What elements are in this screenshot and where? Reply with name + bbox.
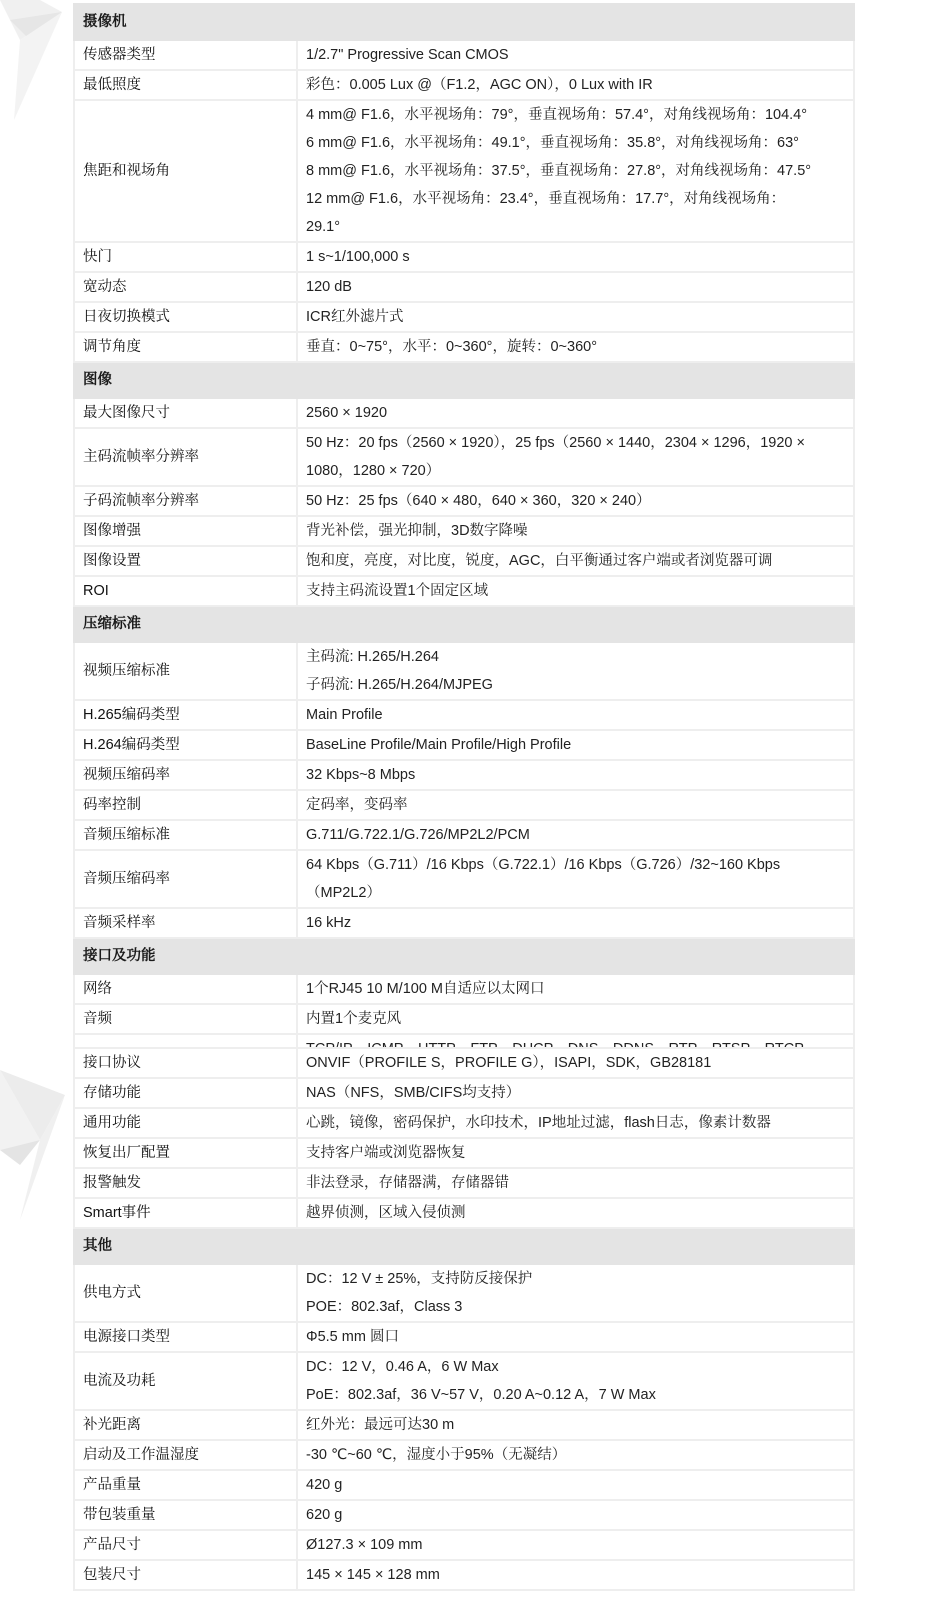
spec-label: 传感器类型 (74, 40, 297, 70)
spec-value-line: 32 Kbps~8 Mbps (306, 761, 845, 789)
spec-label: H.264编码类型 (74, 730, 297, 760)
spec-value-line: 1 s~1/100,000 s (306, 243, 845, 271)
spec-value-line: 64 Kbps（G.711）/16 Kbps（G.722.1）/16 Kbps（… (306, 851, 845, 879)
spec-label: 电流及功耗 (74, 1352, 297, 1410)
spec-label: 供电方式 (74, 1264, 297, 1322)
spec-value-line: Φ5.5 mm 圆口 (306, 1323, 845, 1351)
spec-row: H.265编码类型Main Profile (74, 700, 854, 730)
spec-value-line: 12 mm@ F1.6，水平视场角：23.4°，垂直视场角：17.7°，对角线视… (306, 185, 845, 213)
section-header: 图像 (74, 362, 854, 398)
spec-value: 50 Hz：25 fps（640 × 480，640 × 360，320 × 2… (297, 486, 854, 516)
spec-row: 接口协议ONVIF（PROFILE S，PROFILE G），ISAPI，SDK… (74, 1048, 854, 1078)
spec-value-line: -30 ℃~60 ℃，湿度小于95%（无凝结） (306, 1441, 845, 1469)
spec-row: 宽动态120 dB (74, 272, 854, 302)
spec-label: 接口协议 (74, 1048, 297, 1078)
spec-label: 带包装重量 (74, 1500, 297, 1530)
spec-value-line: 620 g (306, 1501, 845, 1529)
spec-value-line: DC：12 V，0.46 A，6 W Max (306, 1353, 845, 1381)
spec-value-line: 1/2.7" Progressive Scan CMOS (306, 41, 845, 69)
section-header: 压缩标准 (74, 606, 854, 642)
spec-value: 心跳，镜像，密码保护，水印技术，IP地址过滤，flash日志，像素计数器 (297, 1108, 854, 1138)
spec-value-line: （MP2L2） (306, 879, 845, 907)
spec-value-line: 定码率，变码率 (306, 791, 845, 819)
section-title: 压缩标准 (74, 606, 854, 642)
spec-row: 日夜切换模式ICR红外滤片式 (74, 302, 854, 332)
spec-row: 视频压缩码率32 Kbps~8 Mbps (74, 760, 854, 790)
spec-value-line: 非法登录，存储器满，存储器错 (306, 1169, 845, 1197)
spec-value-line: 子码流: H.265/H.264/MJPEG (306, 671, 845, 699)
spec-value-line: 29.1° (306, 213, 845, 241)
spec-value-line: 6 mm@ F1.6，水平视场角：49.1°，垂直视场角：35.8°，对角线视场… (306, 129, 845, 157)
spec-value-line: 主码流: H.265/H.264 (306, 643, 845, 671)
spec-value: 1/2.7" Progressive Scan CMOS (297, 40, 854, 70)
spec-value-line: DC：12 V ± 25%，支持防反接保护 (306, 1265, 845, 1293)
spec-row: 传感器类型1/2.7" Progressive Scan CMOS (74, 40, 854, 70)
spec-label: 调节角度 (74, 332, 297, 362)
spec-value-line: 50 Hz：20 fps（2560 × 1920），25 fps（2560 × … (306, 429, 845, 457)
spec-row: ROI支持主码流设置1个固定区域 (74, 576, 854, 606)
spec-value: 420 g (297, 1470, 854, 1500)
spec-label: 补光距离 (74, 1410, 297, 1440)
section-title: 摄像机 (74, 4, 854, 40)
spec-value: DC：12 V，0.46 A，6 W MaxPoE：802.3af，36 V~5… (297, 1352, 854, 1410)
spec-value: 背光补偿，强光抑制，3D数字降噪 (297, 516, 854, 546)
spec-value-line: 红外光：最远可达30 m (306, 1411, 845, 1439)
spec-label: 网络 (74, 974, 297, 1004)
spec-value-line: 50 Hz：25 fps（640 × 480，640 × 360，320 × 2… (306, 487, 845, 515)
spec-label: 电源接口类型 (74, 1322, 297, 1352)
spec-value-line: POE：802.3af，Class 3 (306, 1293, 845, 1321)
spec-row: 产品尺寸Ø127.3 × 109 mm (74, 1530, 854, 1560)
spec-label: 快门 (74, 242, 297, 272)
spec-value-line: 支持主码流设置1个固定区域 (306, 577, 845, 605)
spec-row: 产品重量420 g (74, 1470, 854, 1500)
spec-value: 非法登录，存储器满，存储器错 (297, 1168, 854, 1198)
spec-label: 音频 (74, 1004, 297, 1034)
spec-label: 产品尺寸 (74, 1530, 297, 1560)
spec-value: 主码流: H.265/H.264子码流: H.265/H.264/MJPEG (297, 642, 854, 700)
spec-label: 日夜切换模式 (74, 302, 297, 332)
spec-value: 1个RJ45 10 M/100 M自适应以太网口 (297, 974, 854, 1004)
spec-label: 视频压缩码率 (74, 760, 297, 790)
spec-value: 64 Kbps（G.711）/16 Kbps（G.722.1）/16 Kbps（… (297, 850, 854, 908)
spec-value-line: 16 kHz (306, 909, 845, 937)
spec-value-line: Ø127.3 × 109 mm (306, 1531, 845, 1559)
spec-row: 调节角度垂直：0~75°，水平：0~360°，旋转：0~360° (74, 332, 854, 362)
section-title: 图像 (74, 362, 854, 398)
spec-value-line: PoE：802.3af，36 V~57 V，0.20 A~0.12 A，7 W … (306, 1381, 845, 1409)
spec-value: 越界侦测，区域入侵侦测 (297, 1198, 854, 1228)
spec-value: NAS（NFS，SMB/CIFS均支持） (297, 1078, 854, 1108)
spec-row: 音频压缩标准G.711/G.722.1/G.726/MP2L2/PCM (74, 820, 854, 850)
spec-row: 音频压缩码率64 Kbps（G.711）/16 Kbps（G.722.1）/16… (74, 850, 854, 908)
spec-value: BaseLine Profile/Main Profile/High Profi… (297, 730, 854, 760)
spec-value: 垂直：0~75°，水平：0~360°，旋转：0~360° (297, 332, 854, 362)
spec-label: ROI (74, 576, 297, 606)
spec-label: 图像增强 (74, 516, 297, 546)
section-header: 其他 (74, 1228, 854, 1264)
spec-row: 子码流帧率分辨率50 Hz：25 fps（640 × 480，640 × 360… (74, 486, 854, 516)
spec-row: 包装尺寸145 × 145 × 128 mm (74, 1560, 854, 1590)
spec-row: H.264编码类型BaseLine Profile/Main Profile/H… (74, 730, 854, 760)
spec-value: Ø127.3 × 109 mm (297, 1530, 854, 1560)
spec-row: 报警触发非法登录，存储器满，存储器错 (74, 1168, 854, 1198)
spec-value-line: 支持客户端或浏览器恢复 (306, 1139, 845, 1167)
spec-value-line: ICR红外滤片式 (306, 303, 845, 331)
spec-label: 视频压缩标准 (74, 642, 297, 700)
spec-row: 主码流帧率分辨率50 Hz：20 fps（2560 × 1920），25 fps… (74, 428, 854, 486)
spec-label: 音频压缩码率 (74, 850, 297, 908)
spec-value-line: 彩色：0.005 Lux @（F1.2，AGC ON），0 Lux with I… (306, 71, 845, 99)
spec-label: 音频采样率 (74, 908, 297, 938)
spec-value-line: 145 × 145 × 128 mm (306, 1561, 845, 1589)
spec-value-line: G.711/G.722.1/G.726/MP2L2/PCM (306, 821, 845, 849)
spec-value: G.711/G.722.1/G.726/MP2L2/PCM (297, 820, 854, 850)
spec-value: 彩色：0.005 Lux @（F1.2，AGC ON），0 Lux with I… (297, 70, 854, 100)
spec-row: 焦距和视场角4 mm@ F1.6，水平视场角：79°，垂直视场角：57.4°，对… (74, 100, 854, 242)
spec-label: 包装尺寸 (74, 1560, 297, 1590)
spec-value: 2560 × 1920 (297, 398, 854, 428)
spec-label: 存储功能 (74, 1078, 297, 1108)
spec-row: 音频内置1个麦克风 (74, 1004, 854, 1034)
spec-row: 启动及工作温湿度-30 ℃~60 ℃，湿度小于95%（无凝结） (74, 1440, 854, 1470)
decorative-shape-top (0, 0, 80, 120)
spec-label: H.265编码类型 (74, 700, 297, 730)
spec-value: ONVIF（PROFILE S，PROFILE G），ISAPI，SDK，GB2… (297, 1048, 854, 1078)
spec-label: 恢复出厂配置 (74, 1138, 297, 1168)
spec-row: 带包装重量620 g (74, 1500, 854, 1530)
spec-value: 50 Hz：20 fps（2560 × 1920），25 fps（2560 × … (297, 428, 854, 486)
spec-label: 最大图像尺寸 (74, 398, 297, 428)
spec-value: Φ5.5 mm 圆口 (297, 1322, 854, 1352)
spec-label: 子码流帧率分辨率 (74, 486, 297, 516)
spec-value: 32 Kbps~8 Mbps (297, 760, 854, 790)
decorative-shape-middle (0, 1040, 80, 1220)
spec-row: 码率控制定码率，变码率 (74, 790, 854, 820)
spec-row: 视频压缩标准主码流: H.265/H.264子码流: H.265/H.264/M… (74, 642, 854, 700)
spec-label: 通用功能 (74, 1108, 297, 1138)
spec-table-part-1: 摄像机传感器类型1/2.7" Progressive Scan CMOS最低照度… (73, 3, 855, 1121)
spec-value-line: 1个RJ45 10 M/100 M自适应以太网口 (306, 975, 845, 1003)
spec-row: 最大图像尺寸2560 × 1920 (74, 398, 854, 428)
spec-value-line: 1080，1280 × 720） (306, 457, 845, 485)
spec-value-line: 背光补偿，强光抑制，3D数字降噪 (306, 517, 845, 545)
spec-value: 145 × 145 × 128 mm (297, 1560, 854, 1590)
spec-value: 内置1个麦克风 (297, 1004, 854, 1034)
spec-label: Smart事件 (74, 1198, 297, 1228)
spec-value-line: 内置1个麦克风 (306, 1005, 845, 1033)
spec-value-line: 垂直：0~75°，水平：0~360°，旋转：0~360° (306, 333, 845, 361)
spec-label: 码率控制 (74, 790, 297, 820)
spec-row: 供电方式DC：12 V ± 25%，支持防反接保护POE：802.3af，Cla… (74, 1264, 854, 1322)
spec-value: DC：12 V ± 25%，支持防反接保护POE：802.3af，Class 3 (297, 1264, 854, 1322)
spec-row: 电流及功耗DC：12 V，0.46 A，6 W MaxPoE：802.3af，3… (74, 1352, 854, 1410)
spec-table-part-2: 接口协议ONVIF（PROFILE S，PROFILE G），ISAPI，SDK… (73, 1047, 855, 1591)
spec-value: 620 g (297, 1500, 854, 1530)
spec-row: 最低照度彩色：0.005 Lux @（F1.2，AGC ON），0 Lux wi… (74, 70, 854, 100)
spec-label: 主码流帧率分辨率 (74, 428, 297, 486)
spec-value: 支持主码流设置1个固定区域 (297, 576, 854, 606)
section-title: 其他 (74, 1228, 854, 1264)
spec-value: 1 s~1/100,000 s (297, 242, 854, 272)
section-header: 摄像机 (74, 4, 854, 40)
spec-row: 快门1 s~1/100,000 s (74, 242, 854, 272)
spec-value-line: 420 g (306, 1471, 845, 1499)
spec-value: 定码率，变码率 (297, 790, 854, 820)
spec-label: 宽动态 (74, 272, 297, 302)
spec-row: 恢复出厂配置支持客户端或浏览器恢复 (74, 1138, 854, 1168)
spec-value-line: NAS（NFS，SMB/CIFS均支持） (306, 1079, 845, 1107)
spec-value: 支持客户端或浏览器恢复 (297, 1138, 854, 1168)
spec-value-line: 120 dB (306, 273, 845, 301)
spec-value-line: 4 mm@ F1.6，水平视场角：79°，垂直视场角：57.4°，对角线视场角：… (306, 101, 845, 129)
spec-row: Smart事件越界侦测，区域入侵侦测 (74, 1198, 854, 1228)
spec-value: 红外光：最远可达30 m (297, 1410, 854, 1440)
spec-value-line: ONVIF（PROFILE S，PROFILE G），ISAPI，SDK，GB2… (306, 1049, 845, 1077)
spec-label: 产品重量 (74, 1470, 297, 1500)
spec-row: 补光距离红外光：最远可达30 m (74, 1410, 854, 1440)
spec-value-line: Main Profile (306, 701, 845, 729)
spec-value-line: 2560 × 1920 (306, 399, 845, 427)
spec-value-line: 心跳，镜像，密码保护，水印技术，IP地址过滤，flash日志，像素计数器 (306, 1109, 845, 1137)
spec-value: -30 ℃~60 ℃，湿度小于95%（无凝结） (297, 1440, 854, 1470)
spec-row: 电源接口类型Φ5.5 mm 圆口 (74, 1322, 854, 1352)
spec-value: 120 dB (297, 272, 854, 302)
spec-value: ICR红外滤片式 (297, 302, 854, 332)
spec-row: 图像增强背光补偿，强光抑制，3D数字降噪 (74, 516, 854, 546)
spec-label: 报警触发 (74, 1168, 297, 1198)
spec-row: 通用功能心跳，镜像，密码保护，水印技术，IP地址过滤，flash日志，像素计数器 (74, 1108, 854, 1138)
spec-label: 启动及工作温湿度 (74, 1440, 297, 1470)
spec-value: 饱和度，亮度，对比度，锐度，AGC，白平衡通过客户端或者浏览器可调 (297, 546, 854, 576)
spec-label: 焦距和视场角 (74, 100, 297, 242)
spec-value-line: 8 mm@ F1.6，水平视场角：37.5°，垂直视场角：27.8°，对角线视场… (306, 157, 845, 185)
section-header: 接口及功能 (74, 938, 854, 974)
spec-value-line: 越界侦测，区域入侵侦测 (306, 1199, 845, 1227)
spec-row: 音频采样率16 kHz (74, 908, 854, 938)
spec-value: Main Profile (297, 700, 854, 730)
spec-label: 图像设置 (74, 546, 297, 576)
spec-value-line: BaseLine Profile/Main Profile/High Profi… (306, 731, 845, 759)
spec-row: 存储功能NAS（NFS，SMB/CIFS均支持） (74, 1078, 854, 1108)
section-title: 接口及功能 (74, 938, 854, 974)
spec-label: 音频压缩标准 (74, 820, 297, 850)
spec-value: 4 mm@ F1.6，水平视场角：79°，垂直视场角：57.4°，对角线视场角：… (297, 100, 854, 242)
spec-value-line: 饱和度，亮度，对比度，锐度，AGC，白平衡通过客户端或者浏览器可调 (306, 547, 845, 575)
spec-row: 网络1个RJ45 10 M/100 M自适应以太网口 (74, 974, 854, 1004)
spec-value: 16 kHz (297, 908, 854, 938)
spec-label: 最低照度 (74, 70, 297, 100)
spec-row: 图像设置饱和度，亮度，对比度，锐度，AGC，白平衡通过客户端或者浏览器可调 (74, 546, 854, 576)
